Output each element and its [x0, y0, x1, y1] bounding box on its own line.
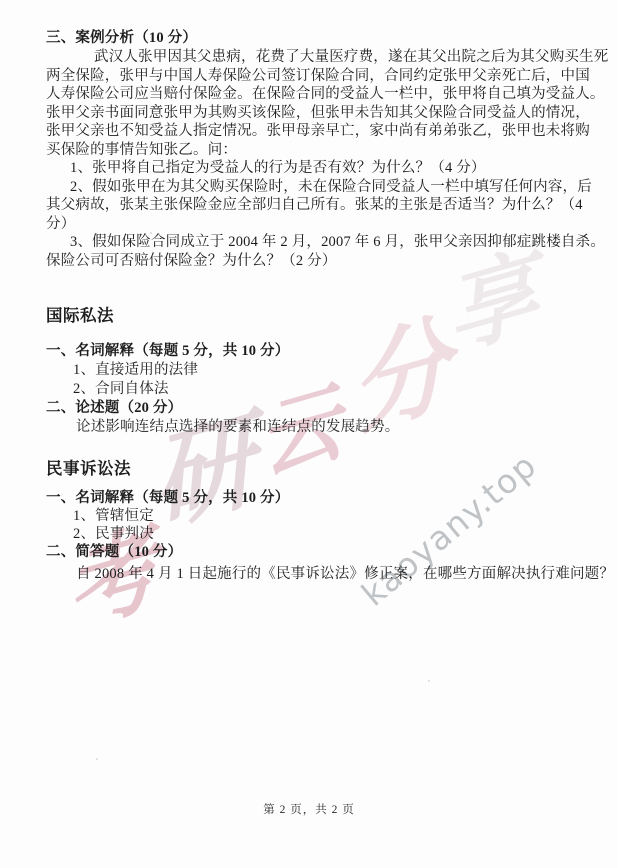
cpl-term-1: 1、管辖恒定 — [46, 507, 580, 525]
cpl-part2-heading: 二、简答题（10 分） — [46, 543, 580, 561]
scan-speck — [428, 680, 430, 682]
pil-term-2: 2、合同自体法 — [46, 380, 580, 399]
pil-part2-heading: 二、论述题（20 分） — [46, 399, 580, 418]
case-question-2-line: 2、假如张甲在为其父购买保险时，未在保险合同受益人一栏中填写任何内容，后 — [46, 178, 580, 197]
case-question-1: 1、张甲将自己指定为受益人的行为是否有效？为什么？（4 分） — [46, 159, 580, 178]
page-number-footer: 第 2 页，共 2 页 — [0, 801, 618, 817]
case-paragraph-line: 两全保险，张甲与中国人寿保险公司签订保险合同，合同约定张甲父亲死亡后，中国 — [46, 67, 580, 86]
section-title-civil-procedure-law: 民事诉讼法 — [46, 459, 580, 479]
pil-term-1: 1、直接适用的法律 — [46, 361, 580, 380]
case-question-3-line: 保险公司可否赔付保险金？为什么？（2 分） — [46, 252, 580, 271]
case-question-2-line: 其父病故，张某主张保险金应全部归自己所有。张某的主张是否适当？为什么？（4 — [46, 196, 580, 215]
pil-essay-prompt: 论述影响连结点选择的要素和连结点的发展趋势。 — [46, 418, 580, 437]
cpl-short-answer-prompt: 自 2008 年 4 月 1 日起施行的《民事诉讼法》修正案，在哪些方面解决执行… — [46, 565, 580, 584]
case-question-3-line: 3、假如保险合同成立于 2004 年 2 月，2007 年 6 月，张甲父亲因抑… — [46, 233, 580, 252]
pil-part1-heading: 一、名词解释（每题 5 分，共 10 分） — [46, 342, 580, 361]
case-paragraph-line: 买保险的事情告知张乙。问： — [46, 141, 580, 160]
cpl-term-2: 2、民事判决 — [46, 525, 580, 543]
page-content: 三、案例分析（10 分） 武汉人张甲因其父患病，花费了大量医疗费，遂在其父出院之… — [46, 28, 580, 584]
case-question-2-line: 分） — [46, 215, 580, 234]
scanned-exam-page: 考 研 云 分 享 kaoyany.top 三、案例分析（10 分） 武汉人张甲… — [0, 0, 618, 868]
cpl-part1-heading: 一、名词解释（每题 5 分，共 10 分） — [46, 489, 580, 507]
case-paragraph-line: 武汉人张甲因其父患病，花费了大量医疗费，遂在其父出院之后为其父购买生死 — [46, 48, 580, 67]
scan-speck — [96, 758, 98, 760]
case-paragraph-line: 张甲父亲书面同意张甲为其购买该保险，但张甲未告知其父保险合同受益人的情况， — [46, 104, 580, 123]
section-title-private-international-law: 国际私法 — [46, 306, 580, 326]
case-paragraph-line: 张甲父亲也不知受益人指定情况。张甲母亲早亡，家中尚有弟弟张乙，张甲也未将购 — [46, 122, 580, 141]
case-analysis-heading: 三、案例分析（10 分） — [46, 28, 580, 48]
case-paragraph-line: 人寿保险公司应当赔付保险金。在保险合同的受益人一栏中，张甲将自己填为受益人。 — [46, 85, 580, 104]
